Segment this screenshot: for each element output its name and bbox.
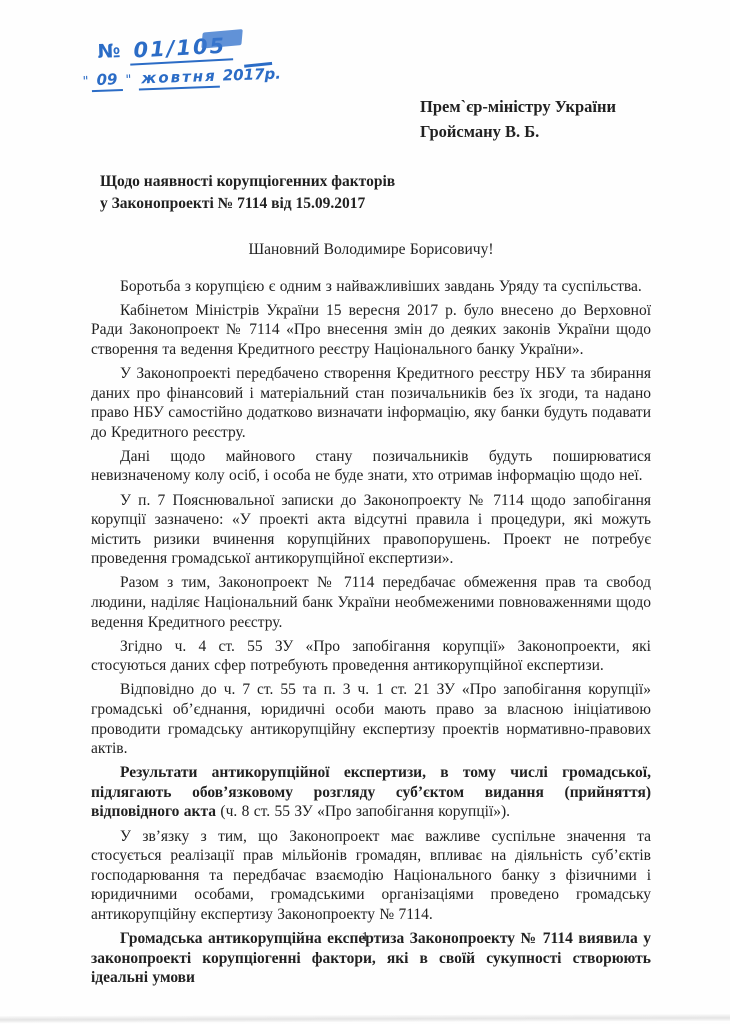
subject-line-1: Щодо наявності корупціогенних факторів bbox=[100, 171, 395, 193]
recipient-title: Прем`єр-міністру України bbox=[420, 94, 616, 119]
paragraph-normal-part: (ч. 8 ст. 55 ЗУ «Про запобігання корупці… bbox=[216, 803, 510, 820]
stamp-number-value: 01/105 bbox=[129, 33, 233, 65]
stamp-open-quote: " bbox=[82, 74, 89, 89]
letter-body: Шановний Володимире Борисовичу! Боротьба… bbox=[91, 240, 651, 992]
stamp-ink-smudge bbox=[201, 29, 243, 49]
stamp-year: 2017р. bbox=[222, 65, 281, 85]
salutation: Шановний Володимире Борисовичу! bbox=[91, 240, 651, 260]
subject-line-2: у Законопроекті № 7114 від 15.09.2017 bbox=[100, 193, 395, 215]
paragraph: Кабінетом Міністрів України 15 вересня 2… bbox=[91, 301, 651, 360]
stamp-month: жовтня bbox=[138, 67, 220, 91]
stamp-day: 09 bbox=[91, 70, 123, 92]
scanned-letter-page: № 01/105 " 09 " жовтня 2017р. Прем`єр-мі… bbox=[0, 0, 730, 1024]
subject-block: Щодо наявності корупціогенних факторів у… bbox=[100, 171, 395, 215]
recipient-name: Гройсману В. Б. bbox=[420, 119, 616, 144]
paragraph: У п. 7 Пояснювальної записки до Законопр… bbox=[91, 491, 651, 569]
paragraph: Дані щодо майнового стану позичальників … bbox=[91, 447, 651, 486]
stamp-number-line: № 01/105 bbox=[97, 33, 280, 66]
paragraph-mixed-emphasis: Результати антикорупційної експертизи, в… bbox=[91, 763, 651, 822]
paragraph: У Законопроекті передбачено створення Кр… bbox=[91, 364, 651, 442]
recipient-block: Прем`єр-міністру України Гройсману В. Б. bbox=[420, 94, 616, 144]
paragraph: Разом з тим, Законопроект № 7114 передба… bbox=[91, 573, 651, 632]
paragraph: Згідно ч. 4 ст. 55 ЗУ «Про запобігання к… bbox=[91, 637, 651, 676]
stamp-no-symbol: № bbox=[97, 40, 121, 63]
stamp-close-quote: " bbox=[125, 73, 132, 88]
page-number: 1 bbox=[0, 930, 730, 946]
paragraph: Боротьба з корупцією є одним з найважлив… bbox=[91, 277, 651, 297]
paragraph: У зв’язку з тим, що Законопроект має важ… bbox=[91, 827, 651, 925]
registration-stamp: № 01/105 " 09 " жовтня 2017р. bbox=[81, 33, 281, 93]
paragraph: Відповідно до ч. 7 ст. 55 та п. 3 ч. 1 с… bbox=[91, 680, 651, 758]
stamp-date-line: " 09 " жовтня 2017р. bbox=[82, 65, 281, 93]
scanner-edge-shadow bbox=[0, 1014, 730, 1023]
